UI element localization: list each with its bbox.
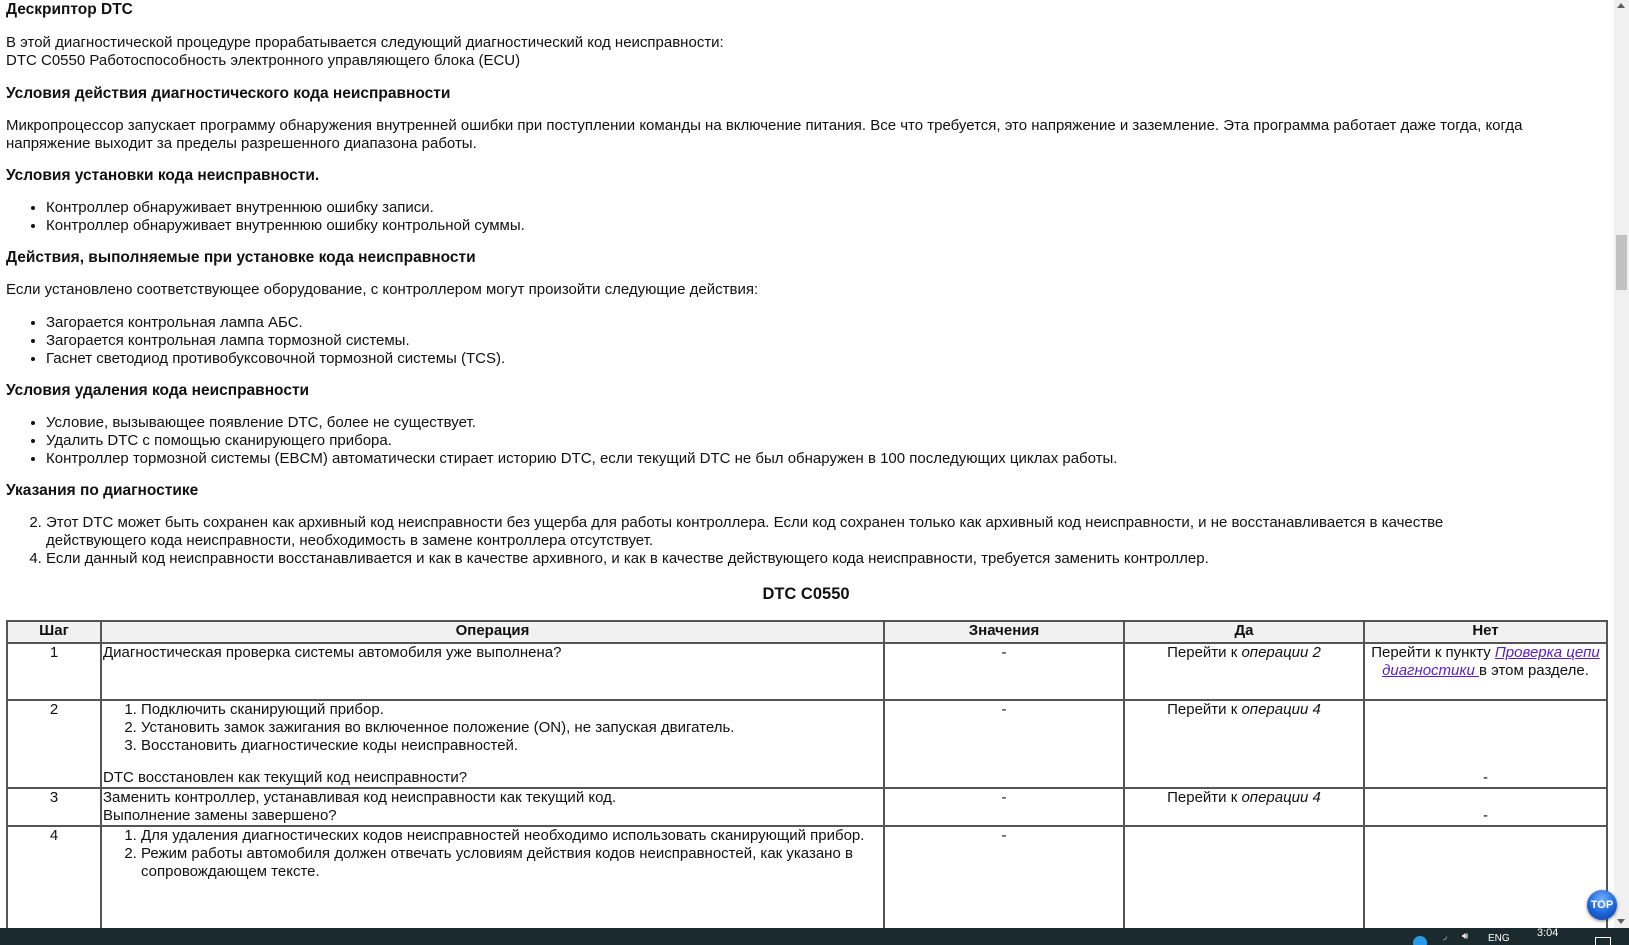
- no-prefix: Перейти к пункту: [1371, 644, 1495, 661]
- operation-text: Заменить контроллер, устанавливая код не…: [103, 789, 882, 807]
- list-item: Контроллер тормозной системы (EBCM) авто…: [46, 450, 1606, 468]
- volume-icon[interactable]: 🔊︎: [1462, 931, 1468, 942]
- table-header-row: Шаг Операция Значения Да Нет: [7, 621, 1607, 643]
- operation-cell: Подключить сканирующий прибор. Установит…: [101, 700, 884, 788]
- list-item: Загорается контрольная лампа тормозной с…: [46, 332, 1606, 350]
- descriptor-intro: В этой диагностической процедуре прораба…: [6, 34, 1606, 52]
- table-row: 1 Диагностическая проверка системы автом…: [7, 643, 1607, 700]
- set-conditions-list: Контроллер обнаруживает внутреннюю ошибк…: [6, 199, 1606, 235]
- dtc-procedure-table: Шаг Операция Значения Да Нет 1 Диагности…: [6, 620, 1608, 928]
- list-item: Контроллер обнаруживает внутреннюю ошибк…: [46, 217, 1606, 235]
- list-item: Режим работы автомобиля должен отвечать …: [141, 845, 882, 881]
- page-viewport: Дескриптор DTC В этой диагностической пр…: [0, 0, 1614, 928]
- value-cell: -: [884, 826, 1124, 928]
- yes-cell: Перейти к операции 2: [1124, 643, 1364, 700]
- header-operation: Операция: [101, 621, 884, 643]
- no-cell: [1364, 826, 1607, 928]
- step-number: 2: [7, 700, 101, 788]
- run-conditions-text: Микропроцессор запускает программу обнар…: [6, 117, 1536, 153]
- descriptor-heading: Дескриптор DTC: [6, 0, 1606, 20]
- app-tray-icon[interactable]: [1413, 936, 1427, 945]
- list-item: Этот DTC может быть сохранен как архивны…: [46, 514, 1546, 550]
- list-item: Подключить сканирующий прибор.: [141, 701, 882, 719]
- no-cell: -: [1364, 700, 1607, 788]
- header-no: Нет: [1364, 621, 1607, 643]
- operation-cell: Диагностическая проверка системы автомоб…: [101, 643, 884, 700]
- step-number: 3: [7, 788, 101, 826]
- scroll-down-arrow-icon[interactable]: [1617, 919, 1625, 924]
- descriptor-dtc-line: DTC C0550 Работоспособность электронного…: [6, 52, 1606, 70]
- list-item: Установить замок зажигания во включенное…: [141, 719, 882, 737]
- no-cell: Перейти к пункту Проверка цепи диагности…: [1364, 643, 1607, 700]
- value-cell: -: [884, 700, 1124, 788]
- operation-cell: Для удаления диагностических кодов неисп…: [101, 826, 884, 928]
- vertical-scrollbar[interactable]: [1614, 0, 1629, 928]
- table-title: DTC C0550: [6, 584, 1606, 604]
- operation-steps: Для удаления диагностических кодов неисп…: [103, 827, 882, 881]
- scroll-up-arrow-icon[interactable]: [1617, 3, 1625, 8]
- value-cell: -: [884, 643, 1124, 700]
- actions-heading: Действия, выполняемые при установке кода…: [6, 248, 1606, 268]
- operation-question: DTC восстановлен как текущий код неиспра…: [103, 769, 882, 787]
- list-item: Восстановить диагностические коды неиспр…: [141, 737, 882, 755]
- yes-prefix: Перейти к: [1167, 644, 1241, 661]
- yes-cell: Перейти к операции 4: [1124, 788, 1364, 826]
- actions-intro: Если установлено соответствующее оборудо…: [6, 281, 1606, 299]
- yes-cell: Перейти к операции 4: [1124, 700, 1364, 788]
- table-row: 2 Подключить сканирующий прибор. Установ…: [7, 700, 1607, 788]
- notification-icon[interactable]: [1595, 937, 1611, 945]
- header-values: Значения: [884, 621, 1124, 643]
- step-number: 1: [7, 643, 101, 700]
- list-item: Удалить DTC с помощью сканирующего прибо…: [46, 432, 1606, 450]
- no-cell: -: [1364, 788, 1607, 826]
- header-step: Шаг: [7, 621, 101, 643]
- yes-step-ref[interactable]: операции 4: [1241, 789, 1320, 806]
- clear-conditions-heading: Условия удаления кода неисправности: [6, 381, 1606, 401]
- step-number: 4: [7, 826, 101, 928]
- header-yes: Да: [1124, 621, 1364, 643]
- back-to-top-button[interactable]: TOP: [1587, 890, 1617, 920]
- set-conditions-heading: Условия установки кода неисправности.: [6, 166, 1606, 186]
- windows-taskbar: ◞ 🔊︎ ENG 3:04: [0, 928, 1629, 945]
- list-item: Для удаления диагностических кодов неисп…: [141, 827, 882, 845]
- clock[interactable]: 3:04: [1537, 927, 1558, 939]
- document-content: Дескриптор DTC В этой диагностической пр…: [6, 0, 1606, 928]
- operation-question: Выполнение замены завершено?: [103, 807, 882, 825]
- yes-step-ref[interactable]: операции 2: [1241, 644, 1320, 661]
- language-indicator[interactable]: ENG: [1488, 933, 1510, 944]
- value-cell: -: [884, 788, 1124, 826]
- run-conditions-heading: Условия действия диагностического кода н…: [6, 84, 1606, 104]
- actions-list: Загорается контрольная лампа АБС. Загора…: [6, 314, 1606, 368]
- scrollbar-thumb[interactable]: [1616, 235, 1627, 290]
- yes-prefix: Перейти к: [1167, 701, 1241, 718]
- list-item: Если данный код неисправности восстанавл…: [46, 550, 1546, 568]
- list-item: Условие, вызывающее появление DTC, более…: [46, 414, 1606, 432]
- table-row: 4 Для удаления диагностических кодов неи…: [7, 826, 1607, 928]
- list-item: Контроллер обнаруживает внутреннюю ошибк…: [46, 199, 1606, 217]
- list-item: Гаснет светодиод противобуксовочной торм…: [46, 350, 1606, 368]
- clear-conditions-list: Условие, вызывающее появление DTC, более…: [6, 414, 1606, 468]
- list-item: Загорается контрольная лампа АБС.: [46, 314, 1606, 332]
- yes-cell: [1124, 826, 1364, 928]
- diag-aids-list: Этот DTC может быть сохранен как архивны…: [6, 514, 1546, 568]
- table-row: 3 Заменить контроллер, устанавливая код …: [7, 788, 1607, 826]
- diag-aids-heading: Указания по диагностике: [6, 481, 1606, 501]
- operation-steps: Подключить сканирующий прибор. Установит…: [103, 701, 882, 755]
- yes-prefix: Перейти к: [1167, 789, 1241, 806]
- yes-step-ref[interactable]: операции 4: [1241, 701, 1320, 718]
- operation-cell: Заменить контроллер, устанавливая код не…: [101, 788, 884, 826]
- no-suffix: в этом разделе.: [1479, 662, 1589, 679]
- network-icon[interactable]: ◞: [1443, 931, 1447, 942]
